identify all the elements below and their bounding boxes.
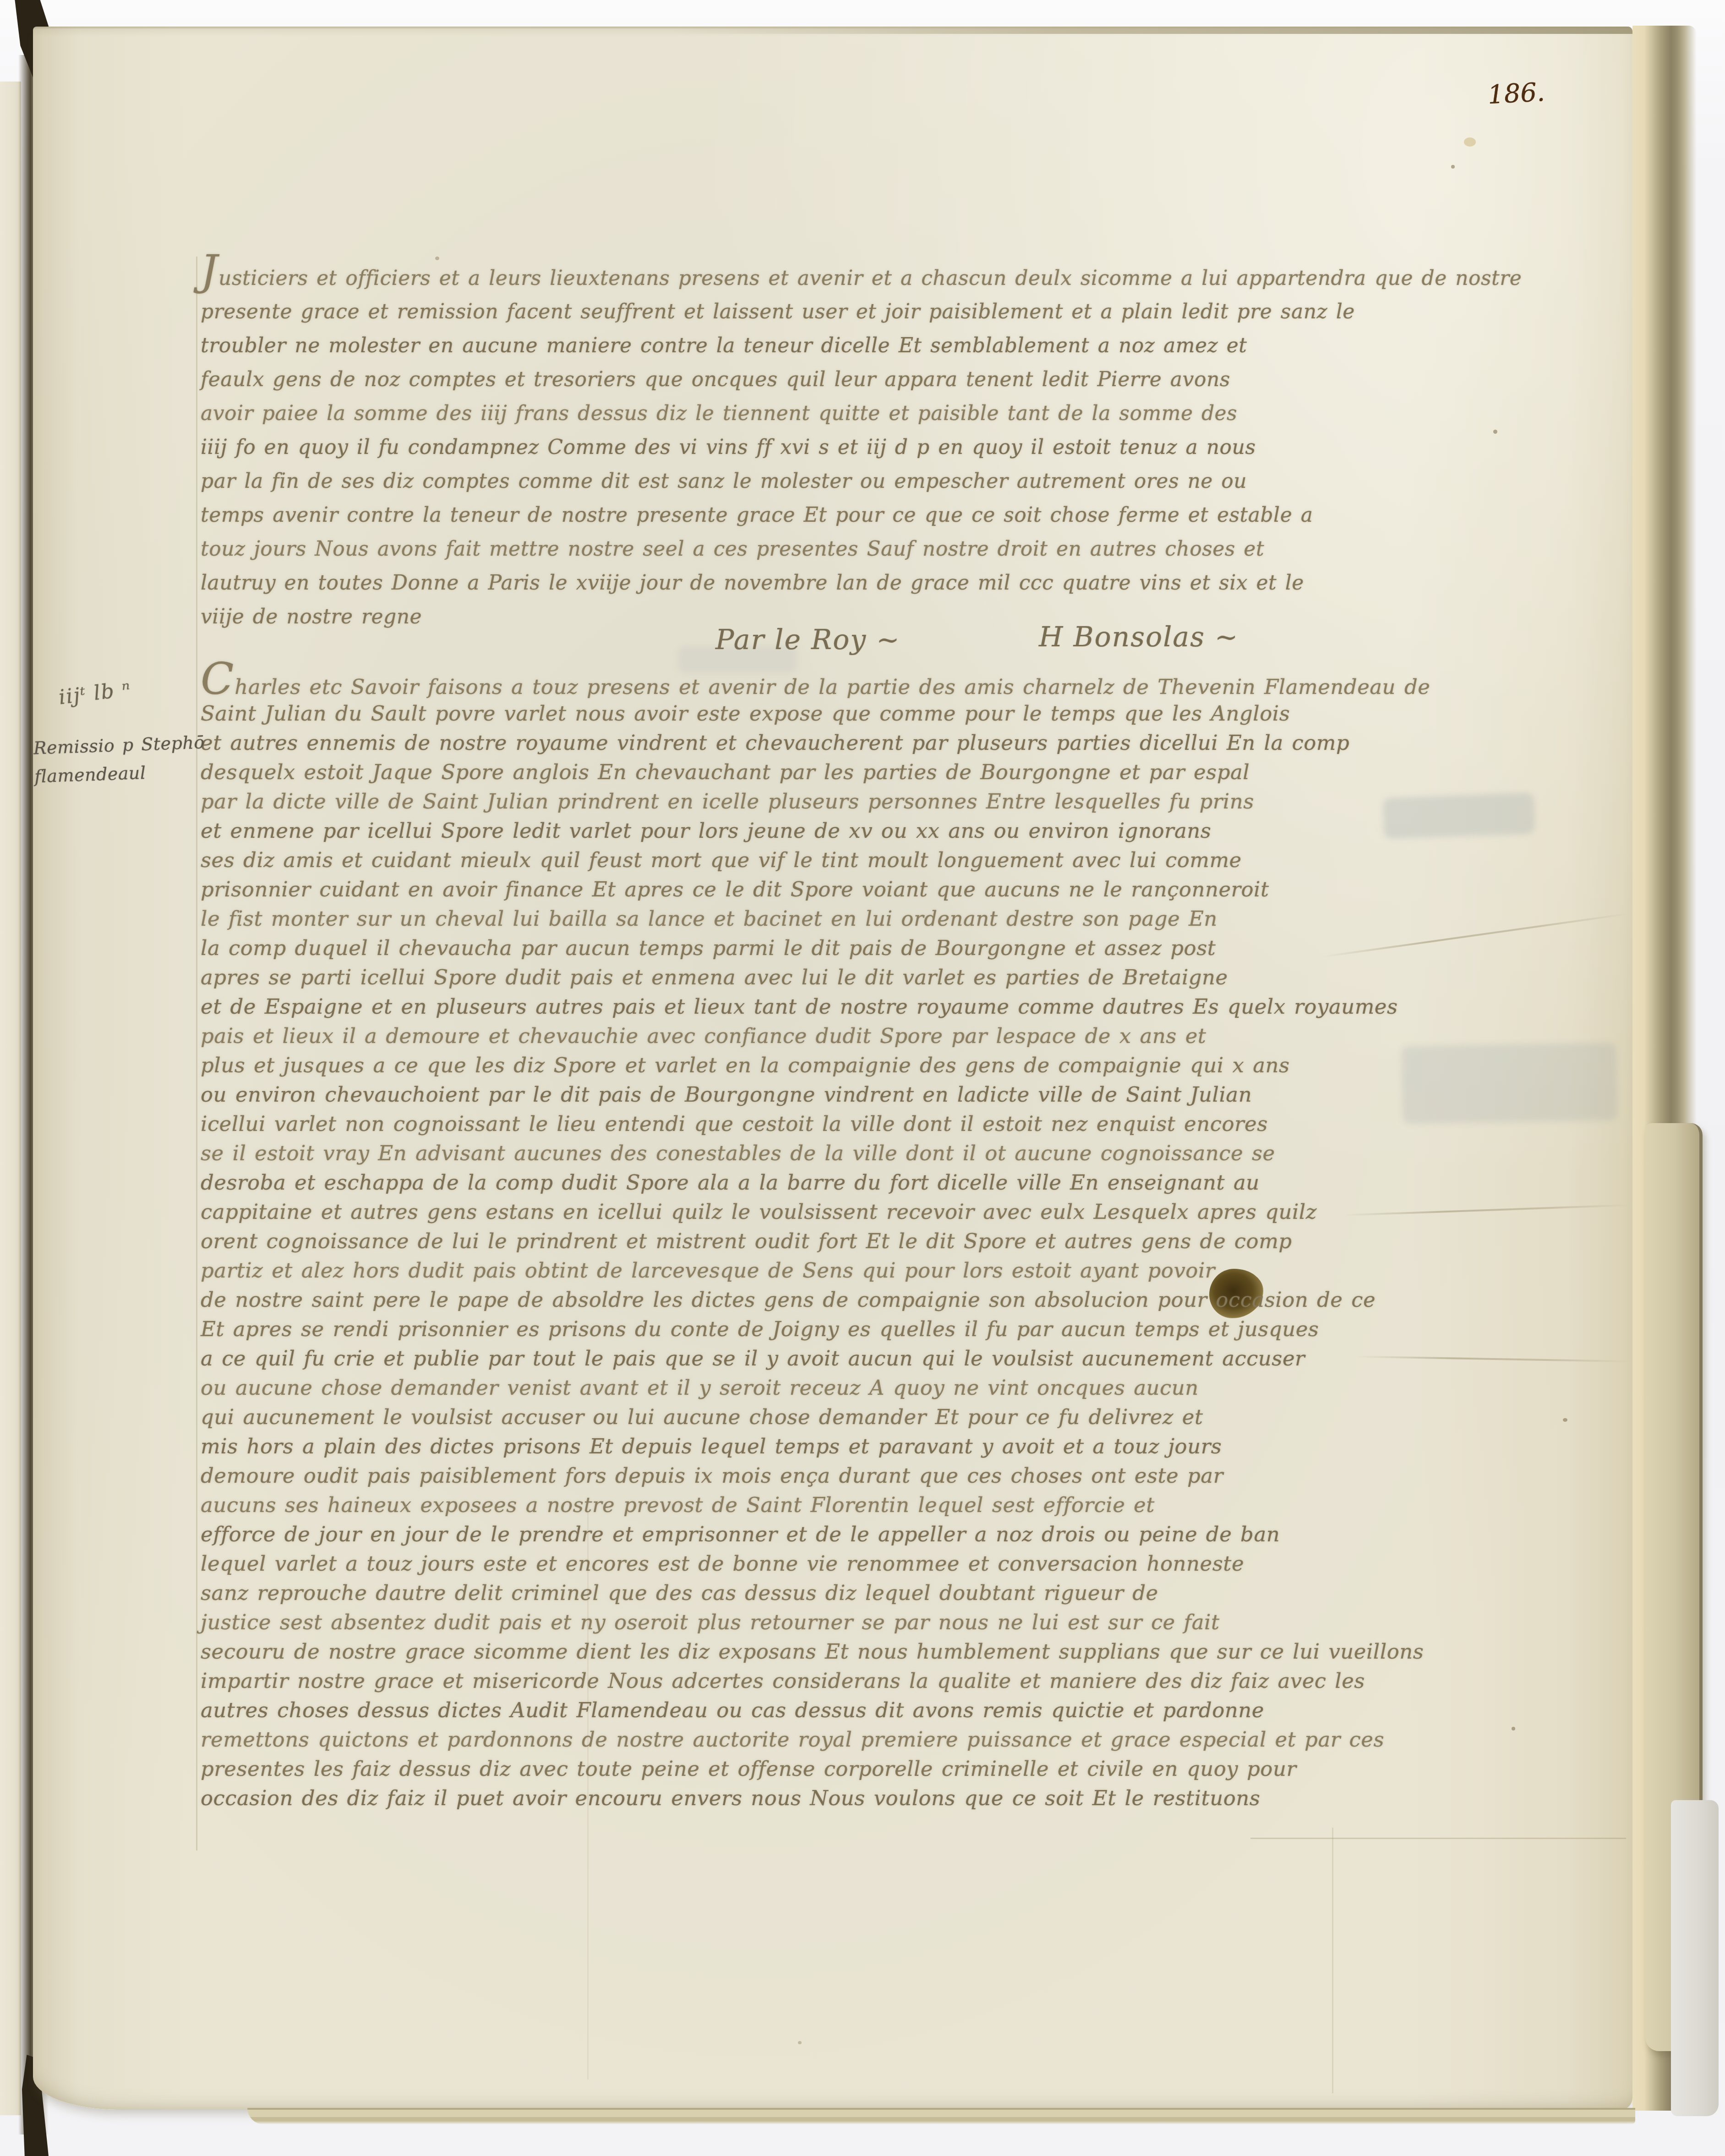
manuscript-text-line: Justiciers et officiers et a leurs lieux… bbox=[201, 261, 1421, 295]
manuscript-text-line: le fist monter sur un cheval lui bailla … bbox=[201, 904, 1421, 933]
folio-number: 186. bbox=[1487, 77, 1545, 110]
manuscript-text-line: et de Espaigne et en pluseurs autres pai… bbox=[201, 992, 1421, 1021]
manuscript-text-line: feaulx gens de noz comptes et tresoriers… bbox=[201, 363, 1421, 397]
manuscript-text-line: lequel varlet a touz jours este et encor… bbox=[201, 1549, 1421, 1578]
manuscript-text-line: apres se parti icellui Spore dudit pais … bbox=[201, 963, 1421, 992]
manuscript-text-line: par la dicte ville de Saint Julian prind… bbox=[201, 787, 1421, 816]
ink-speck bbox=[1451, 165, 1455, 169]
manuscript-text-line: prisonnier cuidant en avoir finance Et a… bbox=[201, 875, 1421, 904]
ink-speck bbox=[798, 2041, 802, 2044]
manuscript-text-line: mis hors a plain des dictes prisons Et d… bbox=[201, 1432, 1421, 1461]
heading-signature-bonsolas: H Bonsolas ~ bbox=[1039, 621, 1239, 653]
back-cover-edge bbox=[1671, 1800, 1719, 2116]
fold-line-vertical bbox=[1332, 1828, 1333, 2093]
manuscript-text-line: remettons quictons et pardonnons de nost… bbox=[201, 1725, 1421, 1754]
manuscript-text-line: a ce quil fu crie et publie par tout le … bbox=[201, 1344, 1421, 1373]
manuscript-text-line: se il estoit vray En advisant aucunes de… bbox=[201, 1139, 1421, 1168]
royal-heading: Par le Roy ~ H Bonsolas ~ bbox=[0, 624, 1725, 665]
bottom-page-stack bbox=[247, 2108, 1635, 2124]
ink-speck bbox=[1512, 1727, 1515, 1730]
manuscript-text-line: ou aucune chose demander venist avant et… bbox=[201, 1373, 1421, 1403]
ruling-line-bottom bbox=[1250, 1838, 1626, 1839]
manuscript-text-line: presente grace et remission facent seuff… bbox=[201, 295, 1421, 329]
manuscript-text-line: aucuns ses haineux exposees a nostre pre… bbox=[201, 1490, 1421, 1520]
manuscript-text-line: et enmene par icellui Spore ledit varlet… bbox=[201, 816, 1421, 846]
manuscript-text-line: par la fin de ses diz comptes comme dit … bbox=[201, 464, 1421, 498]
photo-canvas: { "folio": "186.", "heading": { "left": … bbox=[0, 0, 1725, 2156]
manuscript-text-line: iiij fo en quoy il fu condampnez Comme d… bbox=[201, 431, 1421, 464]
body-text-paragraph-1: Justiciers et officiers et a leurs lieux… bbox=[201, 261, 1421, 634]
manuscript-text-line: troubler ne molester en aucune maniere c… bbox=[201, 329, 1421, 363]
manuscript-text-line: qui aucunement le voulsist accuser ou lu… bbox=[201, 1403, 1421, 1432]
margin-note-remission-line: Remissio p Stephō bbox=[33, 728, 205, 763]
ink-speck bbox=[1493, 430, 1497, 434]
manuscript-text-line: ou environ chevauchoient par le dit pais… bbox=[201, 1080, 1421, 1109]
manuscript-text-line: ses diz amis et cuidant mieulx quil feus… bbox=[201, 846, 1421, 875]
manuscript-text-line: autres choses dessus dictes Audit Flamen… bbox=[201, 1696, 1421, 1725]
margin-note-remission: Remissio p Stephō flamendeaul bbox=[33, 728, 206, 791]
manuscript-text-line: et autres ennemis de nostre royaume vind… bbox=[201, 728, 1421, 758]
ruling-line-left bbox=[196, 257, 197, 1850]
manuscript-text-line: Charles etc Savoir faisons a touz presen… bbox=[201, 670, 1421, 699]
manuscript-text-line: partiz et alez hors dudit pais obtint de… bbox=[201, 1256, 1421, 1285]
show-through-ghost bbox=[1401, 1043, 1618, 1124]
manuscript-text-line: pais et lieux il a demoure et chevauchie… bbox=[201, 1021, 1421, 1051]
manuscript-text-line: la comp duquel il chevaucha par aucun te… bbox=[201, 933, 1421, 963]
manuscript-text-line: secouru de nostre grace sicomme dient le… bbox=[201, 1637, 1421, 1666]
manuscript-text-line: justice sest absentez dudit pais et ny o… bbox=[201, 1608, 1421, 1637]
manuscript-text-line: sanz reprouche dautre delit criminel que… bbox=[201, 1578, 1421, 1608]
manuscript-text-line: demoure oudit pais paisiblement fors dep… bbox=[201, 1461, 1421, 1490]
manuscript-text-line: desquelx estoit Jaque Spore anglois En c… bbox=[201, 758, 1421, 787]
manuscript-text-line: avoir paiee la somme des iiij frans dess… bbox=[201, 397, 1421, 431]
manuscript-text-line: impartir nostre grace et misericorde Nou… bbox=[201, 1666, 1421, 1696]
manuscript-text-line: Et apres se rendi prisonnier es prisons … bbox=[201, 1315, 1421, 1344]
manuscript-text-line: de nostre saint pere le pape de absoldre… bbox=[201, 1285, 1421, 1315]
ink-speck bbox=[435, 257, 439, 260]
heading-par-le-roy: Par le Roy ~ bbox=[715, 624, 901, 656]
page-top-edge-band bbox=[673, 27, 1632, 34]
manuscript-text-line: occasion des diz faiz il puet avoir enco… bbox=[201, 1784, 1421, 1813]
margin-note-remission-line: flamendeaul bbox=[34, 756, 206, 791]
ink-speck bbox=[1464, 137, 1476, 147]
manuscript-text-line: cappitaine et autres gens estans en icel… bbox=[201, 1197, 1421, 1227]
manuscript-text-line: lautruy en toutes Donne a Paris le xviij… bbox=[201, 566, 1421, 600]
manuscript-text-line: orent cognoissance de lui le prindrent e… bbox=[201, 1227, 1421, 1256]
manuscript-text-line: temps avenir contre la teneur de nostre … bbox=[201, 498, 1421, 532]
manuscript-text-line: presentes les faiz dessus diz avec toute… bbox=[201, 1754, 1421, 1784]
manuscript-text-line: Saint Julian du Sault povre varlet nous … bbox=[201, 699, 1421, 728]
manuscript-text-line: icellui varlet non cognoissant le lieu e… bbox=[201, 1109, 1421, 1139]
ink-speck bbox=[1563, 1418, 1567, 1422]
manuscript-text-line: plus et jusques a ce que les diz Spore e… bbox=[201, 1051, 1421, 1080]
body-text-paragraph-2: Charles etc Savoir faisons a touz presen… bbox=[201, 670, 1421, 1813]
manuscript-text-line: touz jours Nous avons fait mettre nostre… bbox=[201, 532, 1421, 566]
manuscript-text-line: desroba et eschappa de la comp dudit Spo… bbox=[201, 1168, 1421, 1197]
manuscript-text-line: efforce de jour en jour de le prendre et… bbox=[201, 1520, 1421, 1549]
